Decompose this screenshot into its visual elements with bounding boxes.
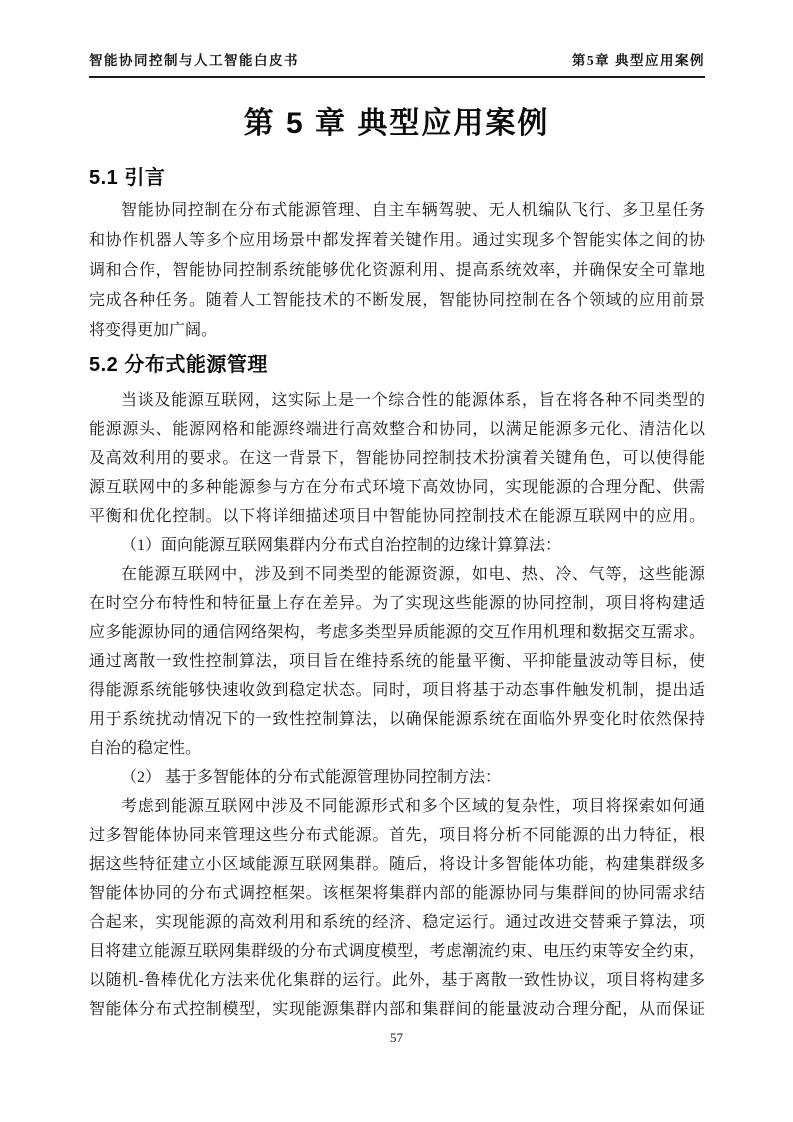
document-page: 智能协同控制与人工智能白皮书 第5章 典型应用案例 第 5 章 典型应用案例 5… (0, 0, 793, 1122)
paragraph-line: 目将建立能源互联网集群级的分布式调度模型，考虑潮流约束、电压约束等安全约束， (89, 937, 705, 966)
paragraph-line: 以随机-鲁棒优化方法来优化集群的运行。此外，基于离散一致性协议，项目将构建多 (89, 966, 705, 995)
paragraph-line: 调和合作，智能协同控制系统能够优化资源利用、提高系统效率，并确保安全可靠地 (89, 256, 705, 286)
paragraph-line: 源互联网中的多种能源参与方在分布式环境下高效协同，实现能源的合理分配、供需 (89, 473, 705, 502)
section-5-2-heading: 5.2 分布式能源管理 (89, 352, 705, 378)
paragraph-line: 及高效利用的要求。在这一背景下，智能协同控制技术扮演着关键角色，可以使得能 (89, 444, 705, 473)
paragraph-line: 考虑到能源互联网中涉及不同能源形式和多个区域的复杂性，项目将探索如何通 (89, 792, 705, 821)
paragraph-line: 合起来，实现能源的高效利用和系统的经济、稳定运行。通过改进交替乘子算法，项 (89, 908, 705, 937)
paragraph-line: 能源源头、能源网格和能源终端进行高效整合和协同，以满足能源多元化、清洁化以 (89, 415, 705, 444)
paragraph-line: 通过离散一致性控制算法，项目旨在维持系统的能量平衡、平抑能量波动等目标，使 (89, 647, 705, 676)
paragraph-line: 和协作机器人等多个应用场景中都发挥着关键作用。通过实现多个智能实体之间的协 (89, 226, 705, 256)
section-5-2-body: 当谈及能源互联网，这实际上是一个综合性的能源体系，旨在将各种不同类型的 能源源头… (89, 386, 705, 1024)
paragraph-line: 智能协同控制在分布式能源管理、自主车辆驾驶、无人机编队飞行、多卫星任务 (89, 196, 705, 226)
chapter-title: 第 5 章 典型应用案例 (0, 103, 793, 145)
section-5-1-heading: 5.1 引言 (89, 165, 705, 191)
paragraph-line: 得能源系统能够快速收敛到稳定状态。同时，项目将基于动态事件触发机制，提出适 (89, 676, 705, 705)
list-item-1-heading: （1）面向能源互联网集群内分布式自治控制的边缘计算算法： (89, 531, 705, 560)
paragraph-line: 平衡和优化控制。以下将详细描述项目中智能协同控制技术在能源互联网中的应用。 (89, 502, 705, 531)
header-rule (89, 76, 705, 78)
paragraph-line: 完成各种任务。随着人工智能技术的不断发展，智能协同控制在各个领域的应用前景 (89, 286, 705, 316)
paragraph-line: 当谈及能源互联网，这实际上是一个综合性的能源体系，旨在将各种不同类型的 (89, 386, 705, 415)
list-item-2-heading: （2） 基于多智能体的分布式能源管理协同控制方法： (89, 763, 705, 792)
page-number: 57 (0, 1029, 793, 1046)
header-left-title: 智能协同控制与人工智能白皮书 (89, 52, 299, 69)
paragraph-line: 用于系统扰动情况下的一致性控制算法，以确保能源系统在面临外界变化时依然保持 (89, 705, 705, 734)
paragraph-line: 应多能源协同的通信网络架构，考虑多类型异质能源的交互作用机理和数据交互需求。 (89, 618, 705, 647)
paragraph-line: 过多智能体协同来管理这些分布式能源。首先，项目将分析不同能源的出力特征，根 (89, 821, 705, 850)
paragraph-line: 智能体分布式控制模型，实现能源集群内部和集群间的能量波动合理分配，从而保证 (89, 995, 705, 1024)
paragraph-line: 在能源互联网中，涉及到不同类型的能源资源，如电、热、冷、气等，这些能源 (89, 560, 705, 589)
paragraph-line: 据这些特征建立小区域能源互联网集群。随后，将设计多智能体功能，构建集群级多 (89, 850, 705, 879)
paragraph-line: 自治的稳定性。 (89, 734, 705, 763)
paragraph-line: 智能体协同的分布式调控框架。该框架将集群内部的能源协同与集群间的协同需求结 (89, 879, 705, 908)
paragraph-line: 在时空分布特性和特征量上存在差异。为了实现这些能源的协同控制，项目将构建适 (89, 589, 705, 618)
section-5-1-paragraph: 智能协同控制在分布式能源管理、自主车辆驾驶、无人机编队飞行、多卫星任务 和协作机… (89, 196, 705, 346)
header-right-title: 第5章 典型应用案例 (572, 52, 705, 69)
page-header: 智能协同控制与人工智能白皮书 第5章 典型应用案例 (89, 52, 705, 69)
paragraph-line: 将变得更加广阔。 (89, 316, 705, 346)
